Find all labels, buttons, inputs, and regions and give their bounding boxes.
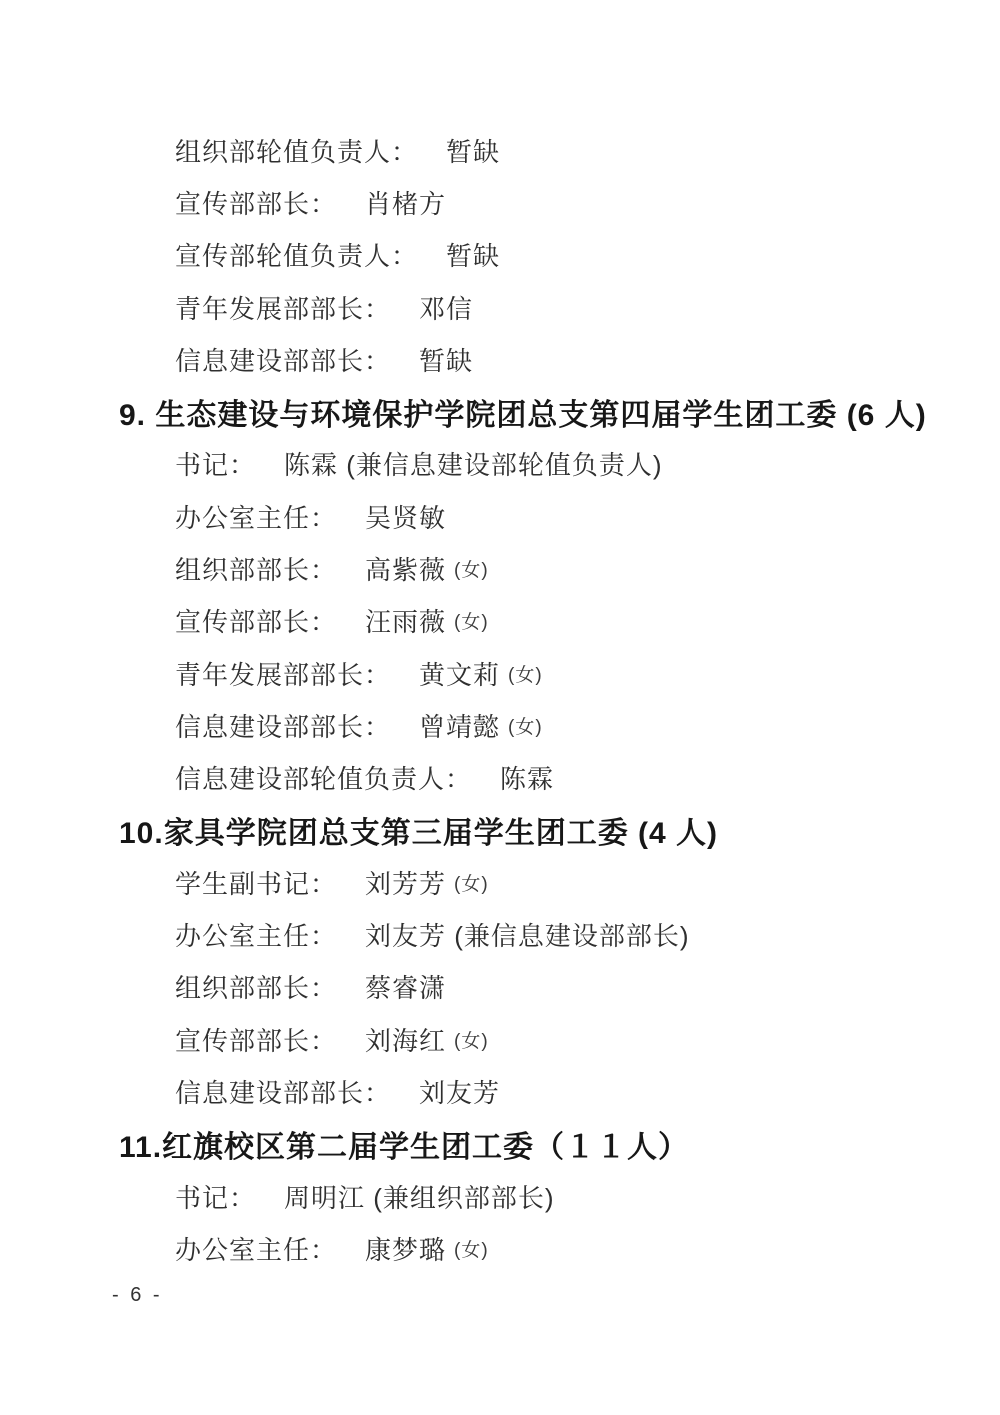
entry-row: 青年发展部部长： 黄文莉 (女) bbox=[0, 647, 1000, 699]
entry-value: 曾靖懿 bbox=[419, 707, 500, 744]
section-heading-text: 11.红旗校区第二届学生团工委（１１人） bbox=[119, 1122, 689, 1166]
entry-value: 汪雨薇 bbox=[365, 602, 446, 639]
entry-gender-note: (女) bbox=[454, 869, 489, 896]
entry-row: 青年发展部部长： 邓信 bbox=[0, 281, 1000, 333]
entry-value: 陈霖 bbox=[500, 759, 554, 796]
entry-value: 黄文莉 bbox=[419, 655, 500, 692]
entry-value: 吴贤敏 bbox=[365, 498, 446, 535]
entry-label: 信息建设部部长： bbox=[175, 341, 391, 378]
entry-value: 周明江 (兼组织部部长) bbox=[284, 1178, 555, 1215]
entry-label: 宣传部轮值负责人： bbox=[175, 236, 418, 273]
entry-gender-note: (女) bbox=[508, 660, 543, 687]
entry-label: 青年发展部部长： bbox=[175, 655, 391, 692]
entry-row: 学生副书记： 刘芳芳 (女) bbox=[0, 856, 1000, 908]
entry-label: 办公室主任： bbox=[175, 916, 337, 953]
entry-label: 办公室主任： bbox=[175, 498, 337, 535]
entry-row: 宣传部轮值负责人： 暂缺 bbox=[0, 229, 1000, 281]
page-number: - 6 - bbox=[112, 1284, 163, 1307]
entry-label: 办公室主任： bbox=[175, 1230, 337, 1267]
entry-value: 邓信 bbox=[419, 289, 473, 326]
section-heading-11: 11.红旗校区第二届学生团工委（１１人） bbox=[0, 1118, 1000, 1170]
entry-row: 信息建设部轮值负责人： 陈霖 bbox=[0, 752, 1000, 804]
entry-label: 信息建设部轮值负责人： bbox=[175, 759, 472, 796]
entry-row: 书记： 周明江 (兼组织部部长) bbox=[0, 1170, 1000, 1222]
entry-label: 信息建设部部长： bbox=[175, 707, 391, 744]
entry-value: 康梦璐 bbox=[365, 1230, 446, 1267]
entry-label: 组织部部长： bbox=[175, 968, 337, 1005]
entry-value: 暂缺 bbox=[446, 236, 500, 273]
entry-gender-note: (女) bbox=[454, 1026, 489, 1053]
entry-gender-note: (女) bbox=[454, 607, 489, 634]
entry-gender-note: (女) bbox=[508, 712, 543, 739]
entry-label: 学生副书记： bbox=[175, 864, 337, 901]
entry-value: 刘芳芳 bbox=[365, 864, 446, 901]
entry-row: 组织部部长： 蔡睿潇 bbox=[0, 961, 1000, 1013]
document-content: 组织部轮值负责人： 暂缺 宣传部部长： 肖楮方 宣传部轮值负责人： 暂缺 青年发… bbox=[0, 124, 1000, 1275]
entry-value: 肖楮方 bbox=[365, 184, 446, 221]
entry-label: 组织部部长： bbox=[175, 550, 337, 587]
entry-value: 刘海红 bbox=[365, 1021, 446, 1058]
entry-row: 信息建设部部长： 刘友芳 bbox=[0, 1065, 1000, 1117]
entry-row: 组织部部长： 高紫薇 (女) bbox=[0, 542, 1000, 594]
entry-row: 信息建设部部长： 暂缺 bbox=[0, 333, 1000, 385]
entry-row: 宣传部部长： 刘海红 (女) bbox=[0, 1013, 1000, 1065]
entry-row: 办公室主任： 康梦璐 (女) bbox=[0, 1222, 1000, 1274]
section-heading-9: 9. 生态建设与环境保护学院团总支第四届学生团工委 (6 人) bbox=[0, 385, 1000, 437]
entry-row: 宣传部部长： 汪雨薇 (女) bbox=[0, 595, 1000, 647]
entry-gender-note: (女) bbox=[454, 1235, 489, 1262]
entry-label: 书记： bbox=[175, 445, 256, 482]
entry-value: 刘友芳 (兼信息建设部部长) bbox=[365, 916, 690, 953]
entry-value: 暂缺 bbox=[446, 132, 500, 169]
entry-value: 刘友芳 bbox=[419, 1073, 500, 1110]
entry-row: 书记： 陈霖 (兼信息建设部轮值负责人) bbox=[0, 438, 1000, 490]
entry-row: 信息建设部部长： 曾靖懿 (女) bbox=[0, 699, 1000, 751]
entry-value: 高紫薇 bbox=[365, 550, 446, 587]
entry-value: 蔡睿潇 bbox=[365, 968, 446, 1005]
entry-row: 办公室主任： 吴贤敏 bbox=[0, 490, 1000, 542]
entry-label: 书记： bbox=[175, 1178, 256, 1215]
entry-label: 信息建设部部长： bbox=[175, 1073, 391, 1110]
entry-row: 办公室主任： 刘友芳 (兼信息建设部部长) bbox=[0, 908, 1000, 960]
entry-gender-note: (女) bbox=[454, 555, 489, 582]
section-heading-10: 10.家具学院团总支第三届学生团工委 (4 人) bbox=[0, 804, 1000, 856]
entry-row: 组织部轮值负责人： 暂缺 bbox=[0, 124, 1000, 176]
entry-label: 青年发展部部长： bbox=[175, 289, 391, 326]
entry-label: 宣传部部长： bbox=[175, 184, 337, 221]
entry-label: 宣传部部长： bbox=[175, 602, 337, 639]
entry-row: 宣传部部长： 肖楮方 bbox=[0, 176, 1000, 228]
entry-value: 陈霖 (兼信息建设部轮值负责人) bbox=[284, 445, 663, 482]
section-heading-text: 9. 生态建设与环境保护学院团总支第四届学生团工委 (6 人) bbox=[119, 390, 927, 434]
section-heading-text: 10.家具学院团总支第三届学生团工委 (4 人) bbox=[119, 808, 718, 852]
entry-value: 暂缺 bbox=[419, 341, 473, 378]
entry-label: 宣传部部长： bbox=[175, 1021, 337, 1058]
document-page: 组织部轮值负责人： 暂缺 宣传部部长： 肖楮方 宣传部轮值负责人： 暂缺 青年发… bbox=[0, 0, 1000, 1415]
entry-label: 组织部轮值负责人： bbox=[175, 132, 418, 169]
